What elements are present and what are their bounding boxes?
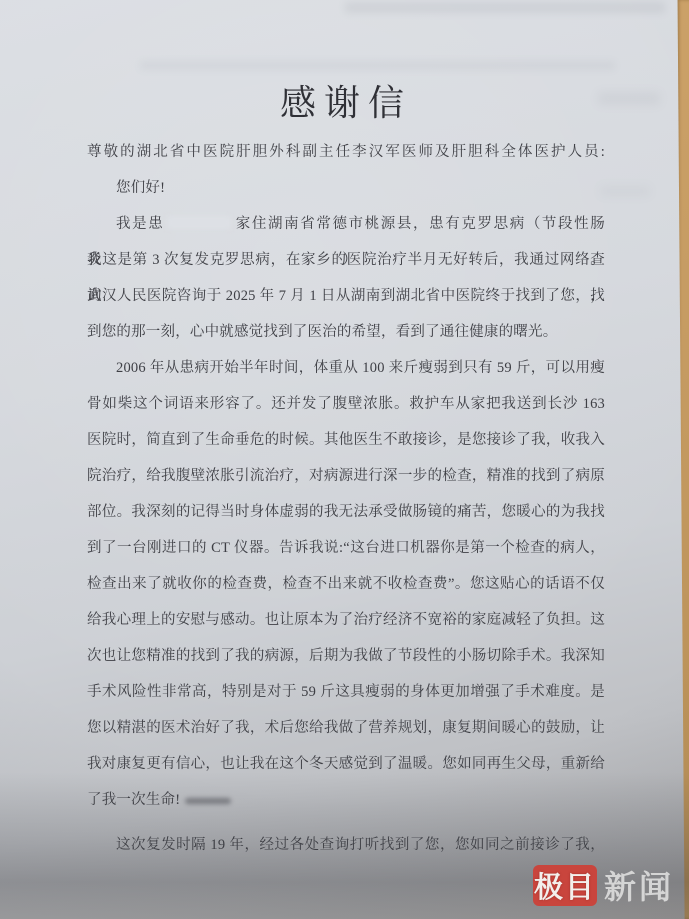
showthrough-text — [345, 2, 665, 13]
watermark-badge: 极目 — [533, 865, 597, 906]
body-line: 手术风险性非常高，特别是对于 59 斤这具瘦弱的身体更加增强了手术难度。是 — [87, 674, 605, 710]
body-line: 骨如柴这个词语来形容了。还并发了腹壁浓胀。救护车从家把我送到长沙 163 — [87, 386, 605, 422]
body-line: 您以精湛的医术治好了我，术后您给我做了营养规划，康复期间暖心的鼓励，让 — [87, 710, 605, 746]
life-line: 了我一次生命! — [87, 782, 605, 818]
life-line-text: 了我一次生命! — [87, 792, 180, 808]
letter-photo: 感谢信 尊敬的湖北省中医院肝胆外科副主任李汉军医师及肝胆科全体医护人员: 您们好… — [0, 0, 689, 919]
letter-page: 感谢信 尊敬的湖北省中医院肝胆外科副主任李汉军医师及肝胆科全体医护人员: 您们好… — [87, 83, 605, 863]
showthrough-text — [598, 92, 660, 105]
body-line: 给我心理上的安慰与感动。也让原本为了治疗经济不宽裕的家庭减轻了负担。这 — [87, 602, 605, 638]
body-line: 部位。我深刻的记得当时身体虚弱的我无法承受做肠镜的痛苦，您暖心的为我找 — [87, 494, 605, 530]
table-edge — [676, 0, 689, 919]
redaction-smudge — [185, 798, 231, 804]
letter-title: 感谢信 — [87, 83, 605, 123]
watermark-suffix: 新闻 — [604, 862, 674, 908]
body-line: 2006 年从患病开始半年时间，体重从 100 来斤瘦弱到只有 59 斤，可以用… — [87, 350, 605, 386]
body-line: 院治疗，给我腹壁浓胀引流治疗，对病源进行深一步的检查，精准的找到了病原 — [87, 458, 605, 494]
intro-line: 我是患家住湖南省常德市桃源县，患有克罗思病（节段性肠炎）。 — [87, 206, 605, 242]
greeting: 您们好! — [87, 170, 605, 206]
body-line: 我这是第 3 次复发克罗思病，在家乡的医院治疗半月无好转后，我通过网络查询， — [87, 242, 605, 278]
body-line: 武汉人民医院咨询于 2025 年 7 月 1 日从湖南到湖北省中医院终于找到了您… — [87, 278, 605, 314]
body-line: 到您的那一刻，心中就感觉找到了医治的希望，看到了通往健康的曙光。 — [87, 314, 605, 350]
jimu-news-watermark: 极目 新闻 — [533, 862, 674, 908]
body-line: 次也让您精准的找到了我的病源，后期为我做了节段性的小肠切除手术。我深知 — [87, 638, 605, 674]
salutation: 尊敬的湖北省中医院肝胆外科副主任李汉军医师及肝胆科全体医护人员: — [87, 134, 605, 170]
redacted-name — [167, 216, 231, 229]
body-line: 医院时，简直到了生命垂危的时候。其他医生不敢接诊，是您接诊了我，收我入 — [87, 422, 605, 458]
closing-line: 这次复发时隔 19 年，经过各处查询打听找到了您，您如同之前接诊了我， — [87, 827, 605, 863]
body-line: 检查出来了就收你的检查费，检查不出来就不收检查费”。您这贴心的话语不仅 — [87, 566, 605, 602]
body-line: 我对康复更有信心，也让我在这个冬天感觉到了温暖。您如同再生父母，重新给 — [87, 746, 605, 782]
showthrough-text — [140, 61, 615, 70]
intro-prefix: 我是患 — [116, 216, 164, 232]
showthrough-text — [600, 186, 650, 196]
body-line: 到了一台刚进口的 CT 仪器。告诉我说:“这台进口机器你是第一个检查的病人， — [87, 530, 605, 566]
